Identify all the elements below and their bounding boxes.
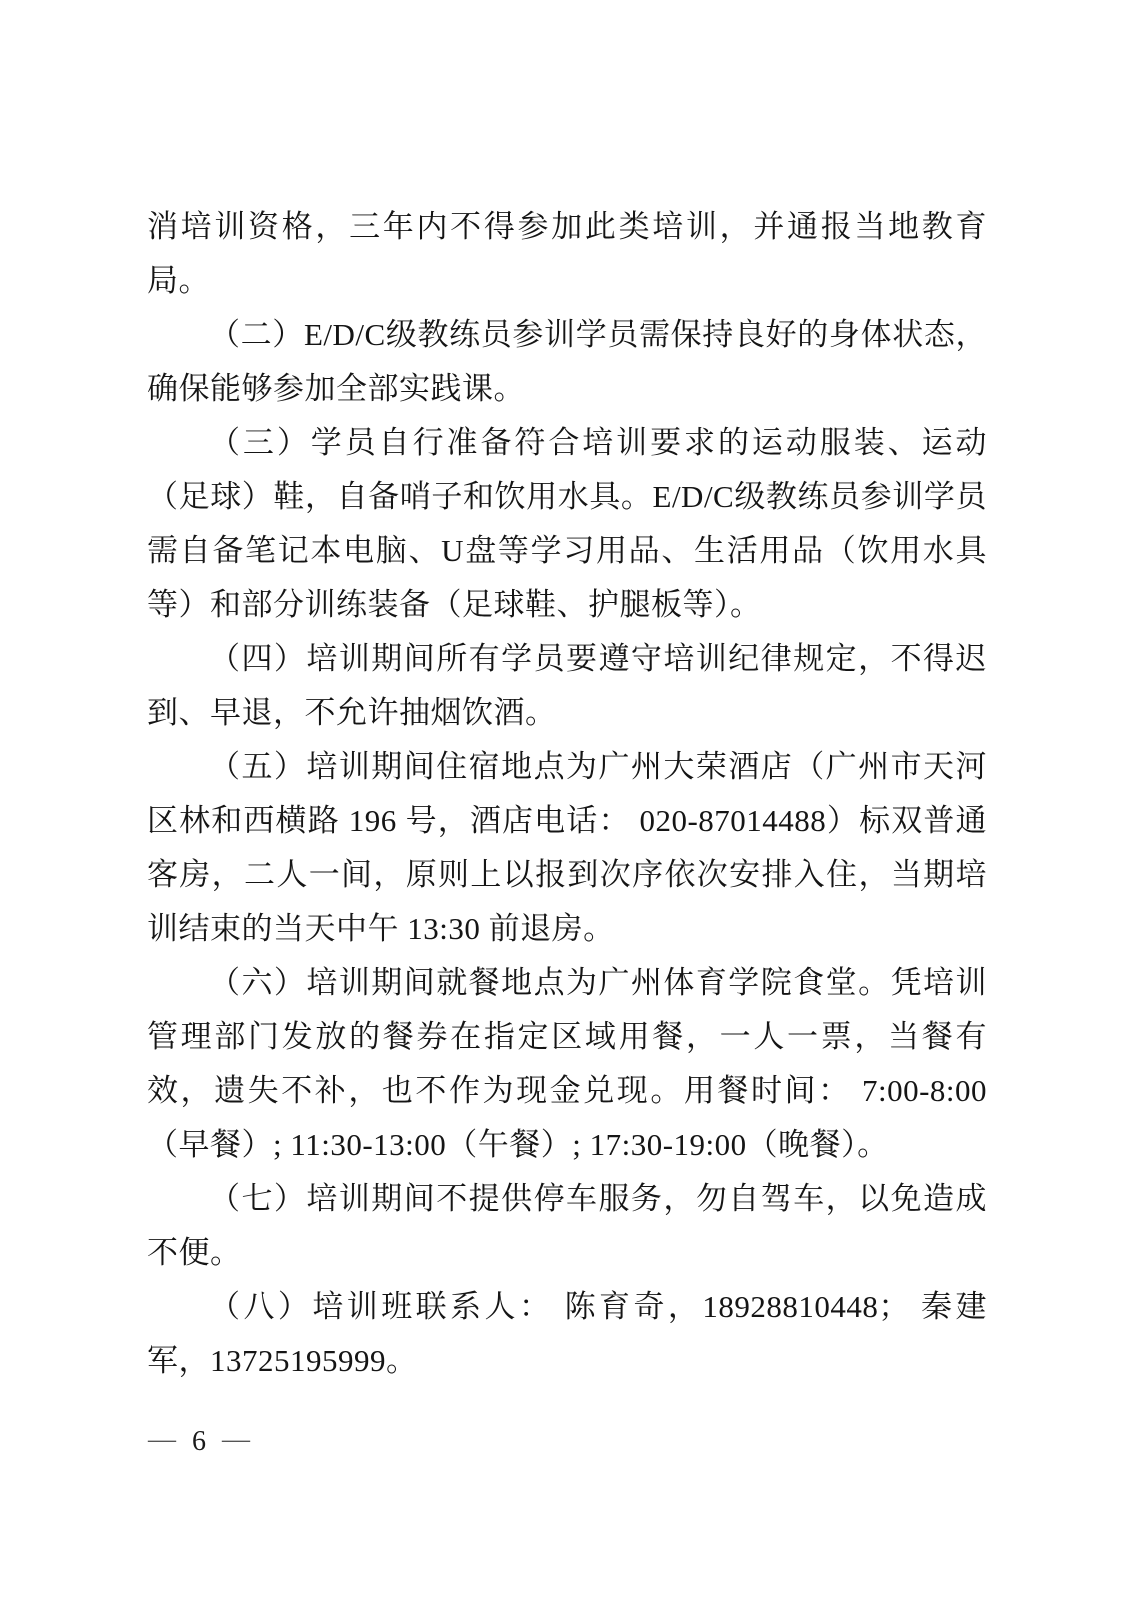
- paragraph-item-8: （八）培训班联系人： 陈育奇，18928810448； 秦建军，13725195…: [147, 1280, 987, 1388]
- paragraph-item-2: （二）E/D/C级教练员参训学员需保持良好的身体状态，确保能够参加全部实践课。: [147, 308, 987, 416]
- paragraph-item-6: （六）培训期间就餐地点为广州体育学院食堂。凭培训管理部门发放的餐券在指定区域用餐…: [147, 956, 987, 1172]
- footer-dash-right: —: [222, 1424, 252, 1456]
- paragraph-item-7: （七）培训期间不提供停车服务，勿自驾车，以免造成不便。: [147, 1172, 987, 1280]
- document-page: 消培训资格，三年内不得参加此类培训，并通报当地教育局。 （二）E/D/C级教练员…: [0, 0, 1131, 1600]
- document-body: 消培训资格，三年内不得参加此类培训，并通报当地教育局。 （二）E/D/C级教练员…: [147, 200, 987, 1388]
- paragraph-item-5: （五）培训期间住宿地点为广州大荣酒店（广州市天河区林和西横路 196 号，酒店电…: [147, 740, 987, 956]
- paragraph-continuation: 消培训资格，三年内不得参加此类培训，并通报当地教育局。: [147, 200, 987, 308]
- page-footer: — 6 —: [148, 1426, 252, 1458]
- footer-dash-left: —: [148, 1424, 178, 1456]
- page-number: 6: [192, 1426, 208, 1458]
- paragraph-item-3: （三）学员自行准备符合培训要求的运动服装、运动（足球）鞋，自备哨子和饮用水具。E…: [147, 416, 987, 632]
- paragraph-item-4: （四）培训期间所有学员要遵守培训纪律规定，不得迟到、早退，不允许抽烟饮酒。: [147, 632, 987, 740]
